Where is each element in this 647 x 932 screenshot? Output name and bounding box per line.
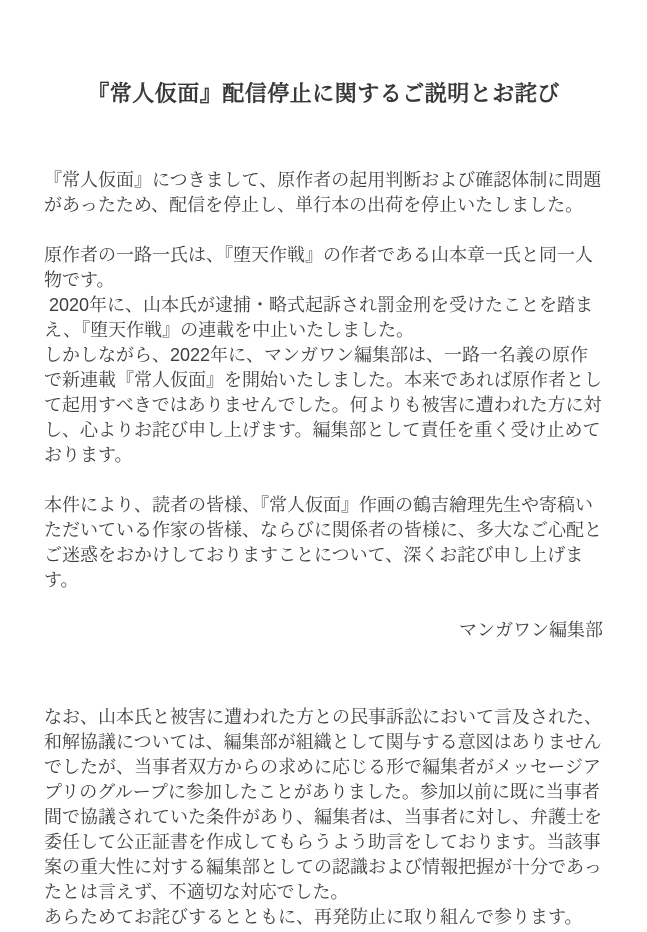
apology-statement-page: 『常人仮面』配信停止に関するご説明とお詫び 『常人仮面』につきまして、原作者の起… — [0, 0, 647, 932]
paragraph-suspension-notice: 『常人仮面』につきまして、原作者の起用判断および確認体制に問題があったため、配信… — [44, 168, 603, 218]
paragraph-text: あらためてお詫びするとともに、再発防止に取り組んで参ります。 — [44, 905, 603, 930]
paragraph-text: 本件により、読者の皆様、『常人仮面』作画の鶴吉繪理先生や寄稿いただいている作家の… — [44, 493, 603, 593]
paragraph-text: しかしながら、2022年に、マンガワン編集部は、一路一名義の原作で新連載『常人仮… — [44, 343, 603, 468]
page-title: 『常人仮面』配信停止に関するご説明とお詫び — [44, 80, 603, 108]
paragraph-apology-to-readers: 本件により、読者の皆様、『常人仮面』作画の鶴吉繪理先生や寄稿いただいている作家の… — [44, 493, 603, 593]
signature: マンガワン編集部 — [44, 618, 603, 643]
paragraph-text: 『常人仮面』につきまして、原作者の起用判断および確認体制に問題があったため、配信… — [44, 168, 603, 218]
paragraph-text: なお、山本氏と被害に遭われた方との民事訴訟において言及された、和解協議については… — [44, 705, 603, 905]
paragraph-addendum: なお、山本氏と被害に遭われた方との民事訴訟において言及された、和解協議については… — [44, 705, 603, 930]
paragraph-text: 原作者の一路一氏は、『堕天作戦』の作者である山本章一氏と同一人物です。 — [44, 243, 603, 293]
paragraph-author-background: 原作者の一路一氏は、『堕天作戦』の作者である山本章一氏と同一人物です。 2020… — [44, 243, 603, 468]
paragraph-text: 2020年に、山本氏が逮捕・略式起訴され罰金刑を受けたことを踏まえ、『堕天作戦』… — [44, 293, 603, 343]
